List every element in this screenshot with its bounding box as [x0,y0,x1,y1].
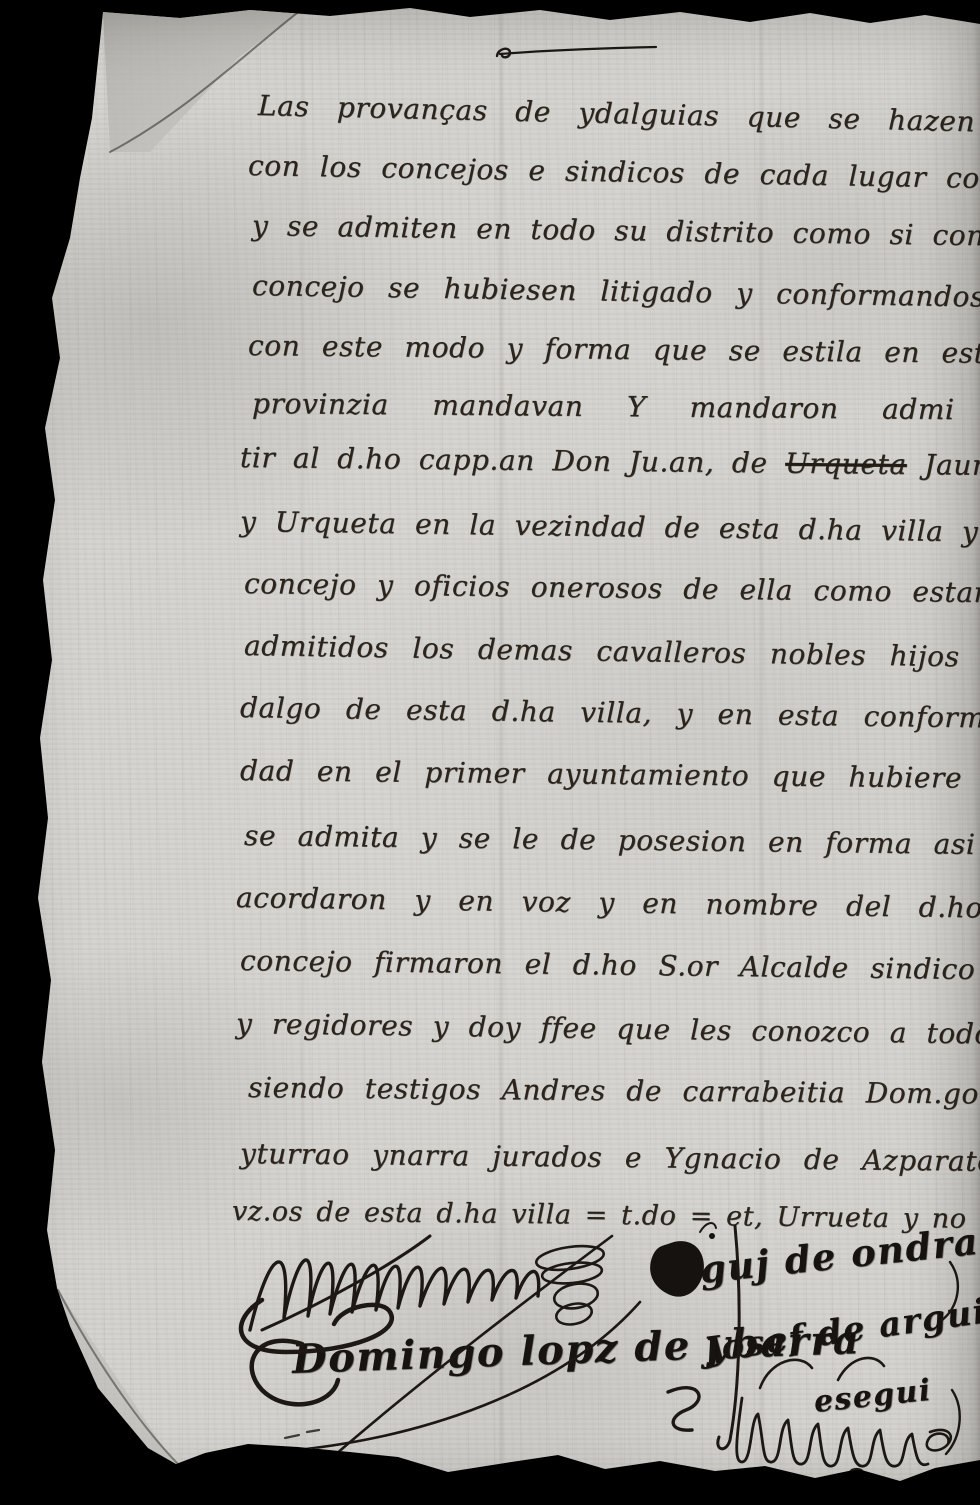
signature-esegui: esegui [812,1376,933,1418]
manuscript-line: y Urqueta en la vezindad de esta d.ha vi… [240,508,980,547]
manuscript-line: y regidores y doy ffee que les conozco a… [236,1010,980,1049]
manuscript-line: yturrao ynarra jurados e Ygnacio de Azpa… [240,1140,980,1176]
manuscript-line: concejo se hubiesen litigado y conforman… [252,272,980,312]
manuscript-line: acordaron y en voz y en nombre del d.ho [236,884,980,922]
manuscript-line: y se admiten en todo su distrito como si… [252,212,980,251]
manuscript-line: admitidos los demas cavalleros nobles hi… [244,632,960,671]
corner-fold-top-left-crease [110,7,305,152]
top-pen-stroke-icon [497,47,656,57]
manuscript-line: concejo y oficios onerosos de ella como … [244,570,980,607]
manuscript-line: siendo testigos Andres de carrabeitia Do… [248,1074,980,1109]
scanned-manuscript-page: Las provanças de ydalguias que se hazen … [0,0,980,1505]
line7-prefix: tir al d.ho capp.an Don Ju.an, de [240,441,785,480]
corner-fold-top-left-icon [103,7,305,152]
line7-suffix: Jauregui [907,448,980,482]
manuscript-line: se admita y se le de posesion en forma a… [244,822,980,860]
manuscript-line: con los concejos e sindicos de cada luga… [248,152,980,194]
manuscript-line-with-strikethrough: tir al d.ho capp.an Don Ju.an, de Urquet… [240,444,980,480]
manuscript-line: concejo firmaron el d.ho S.or Alcalde si… [240,947,976,984]
manuscript-line: con este modo y forma que se estila en e… [248,332,980,369]
manuscript-line: vz.os de esta d.ha villa = t.do = et, Ur… [232,1198,980,1233]
corner-fold-bottom-left-crease [58,1290,178,1464]
manuscript-line: Las provanças de ydalguias que se hazen [258,92,976,136]
manuscript-line: dad en el primer ayuntamiento que hubier… [240,757,962,793]
manuscript-line: dalgo de esta d.ha villa, y en esta conf… [240,694,980,733]
paper-sheet: Las provanças de ydalguias que se hazen … [0,0,980,1505]
manuscript-line: provinzia mandavan Y mandaron admi [252,390,955,424]
struck-word: Urqueta [785,447,907,481]
corner-fold-bottom-left-icon [58,1290,186,1474]
